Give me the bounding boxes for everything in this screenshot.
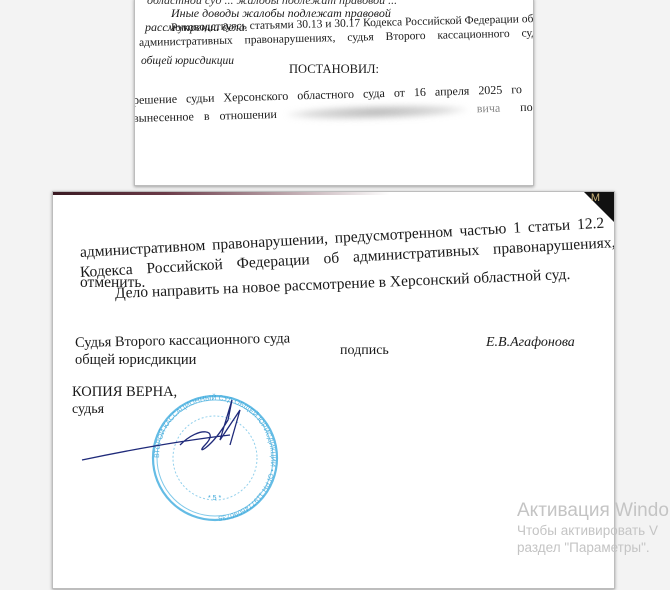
windows-activation-watermark: Активация Windo Чтобы активировать V раз… (517, 500, 669, 556)
judge-name: Е.В.Агафонова (486, 335, 575, 351)
redacted-name (287, 103, 467, 122)
svg-text:* 5 *: * 5 * (208, 495, 222, 502)
document-page-1: областной суд ... жалобы подлежат правов… (134, 0, 534, 186)
text-line: общей юрисдикции (141, 55, 234, 67)
judge-title-line2: общей юрисдикции (75, 352, 196, 369)
watermark-line1: Чтобы активировать V (517, 522, 669, 539)
text-fragment: по делу (520, 99, 534, 114)
watermark-title: Активация Windo (517, 500, 669, 522)
corner-letter: М (591, 192, 600, 204)
court-seal-stamp: ВТОРОЙ КАССАЦИОННЫЙ СУД ОБЩЕЙ ЮРИСДИКЦИИ… (80, 390, 290, 525)
judge-title-line1: Судья Второго кассационного суда (75, 330, 290, 352)
text-fragment: вынесенное в отношении (134, 107, 277, 125)
photo-edge (53, 192, 614, 195)
heading-postanovil: ПОСТАНОВИЛ: (289, 62, 379, 77)
text-fragment: вича (477, 101, 501, 116)
watermark-line2: раздел "Параметры". (517, 539, 669, 556)
signature-label: подпись (340, 343, 389, 359)
